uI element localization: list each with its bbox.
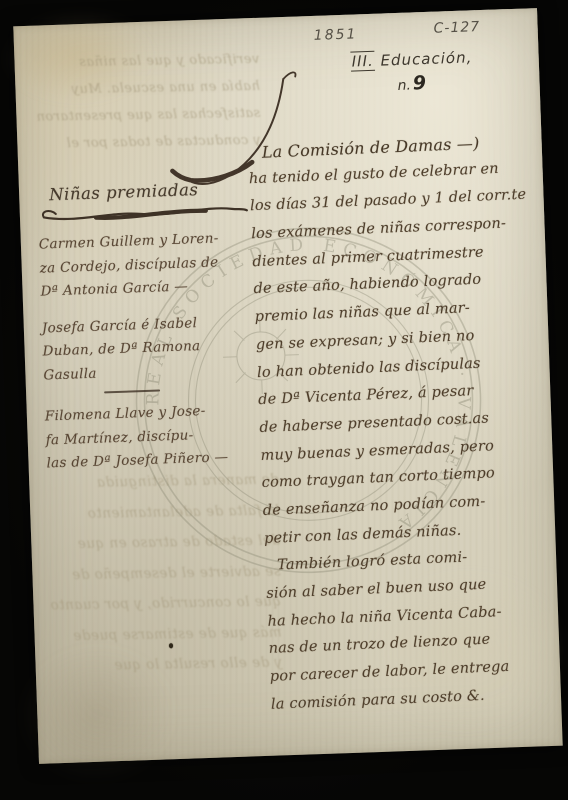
awarded-entry: Filomena Llave y Jose- fa Martínez, disc… (45, 401, 261, 479)
bleedthrough-line: y conductas de todas por el (29, 133, 261, 164)
document-number-annotation: n.9 (397, 72, 426, 95)
bleedthrough-line: que lo concurrido, y por cuanto (33, 594, 281, 629)
bleedthrough-line: del estado de atraso en que (32, 533, 280, 568)
bleedthrough-text-bottom: de manera la distinguidala falta de adel… (31, 472, 283, 690)
ink-speck (169, 643, 173, 648)
bleedthrough-line: y de ello resulta lo que (34, 655, 282, 690)
awarded-entry: Josefa García é Isabel Duban, de Dª Ramo… (42, 313, 259, 396)
number-value: 9 (412, 72, 426, 94)
roman-numeral: III. (350, 51, 375, 72)
bleedthrough-line: la falta de adelantamiento (31, 502, 279, 537)
photo-background: REAL SOCIEDAD ECONÓMICA · VALENCIA · ver… (0, 0, 568, 800)
bleedthrough-line: más que de estimarse puede (34, 624, 282, 659)
archival-year-annotation: 1851 (314, 26, 358, 44)
letter-body: La Comisión de Damas —)ha tenido el gust… (247, 131, 567, 724)
section-annotation: III. Educación, (350, 48, 472, 70)
bleedthrough-line: satisfechas las que presentaron (28, 106, 260, 137)
bleedthrough-line: se advierte el desempeño de (32, 563, 280, 598)
manuscript-paper: REAL SOCIEDAD ECONÓMICA · VALENCIA · ver… (13, 8, 562, 764)
awarded-entry: Carmen Guillem y Loren- za Cordejo, disc… (39, 229, 255, 307)
paper-stain (3, 9, 156, 104)
bleedthrough-line: verificado y que las niñas (27, 52, 259, 83)
bleedthrough-text-top: verificado y que las niñashabía en una e… (27, 52, 261, 164)
bleedthrough-line: había en una escuela. Muy (28, 79, 260, 110)
awarded-girls-column: Niñas premiadas Carmen Guillem y Loren- … (37, 178, 262, 492)
number-prefix: n. (397, 78, 411, 94)
paper-stain (15, 641, 180, 786)
section-label: Educación, (380, 48, 472, 69)
awarded-entries: Carmen Guillem y Loren- za Cordejo, disc… (39, 229, 261, 479)
archival-code-annotation: C-127 (433, 19, 480, 37)
